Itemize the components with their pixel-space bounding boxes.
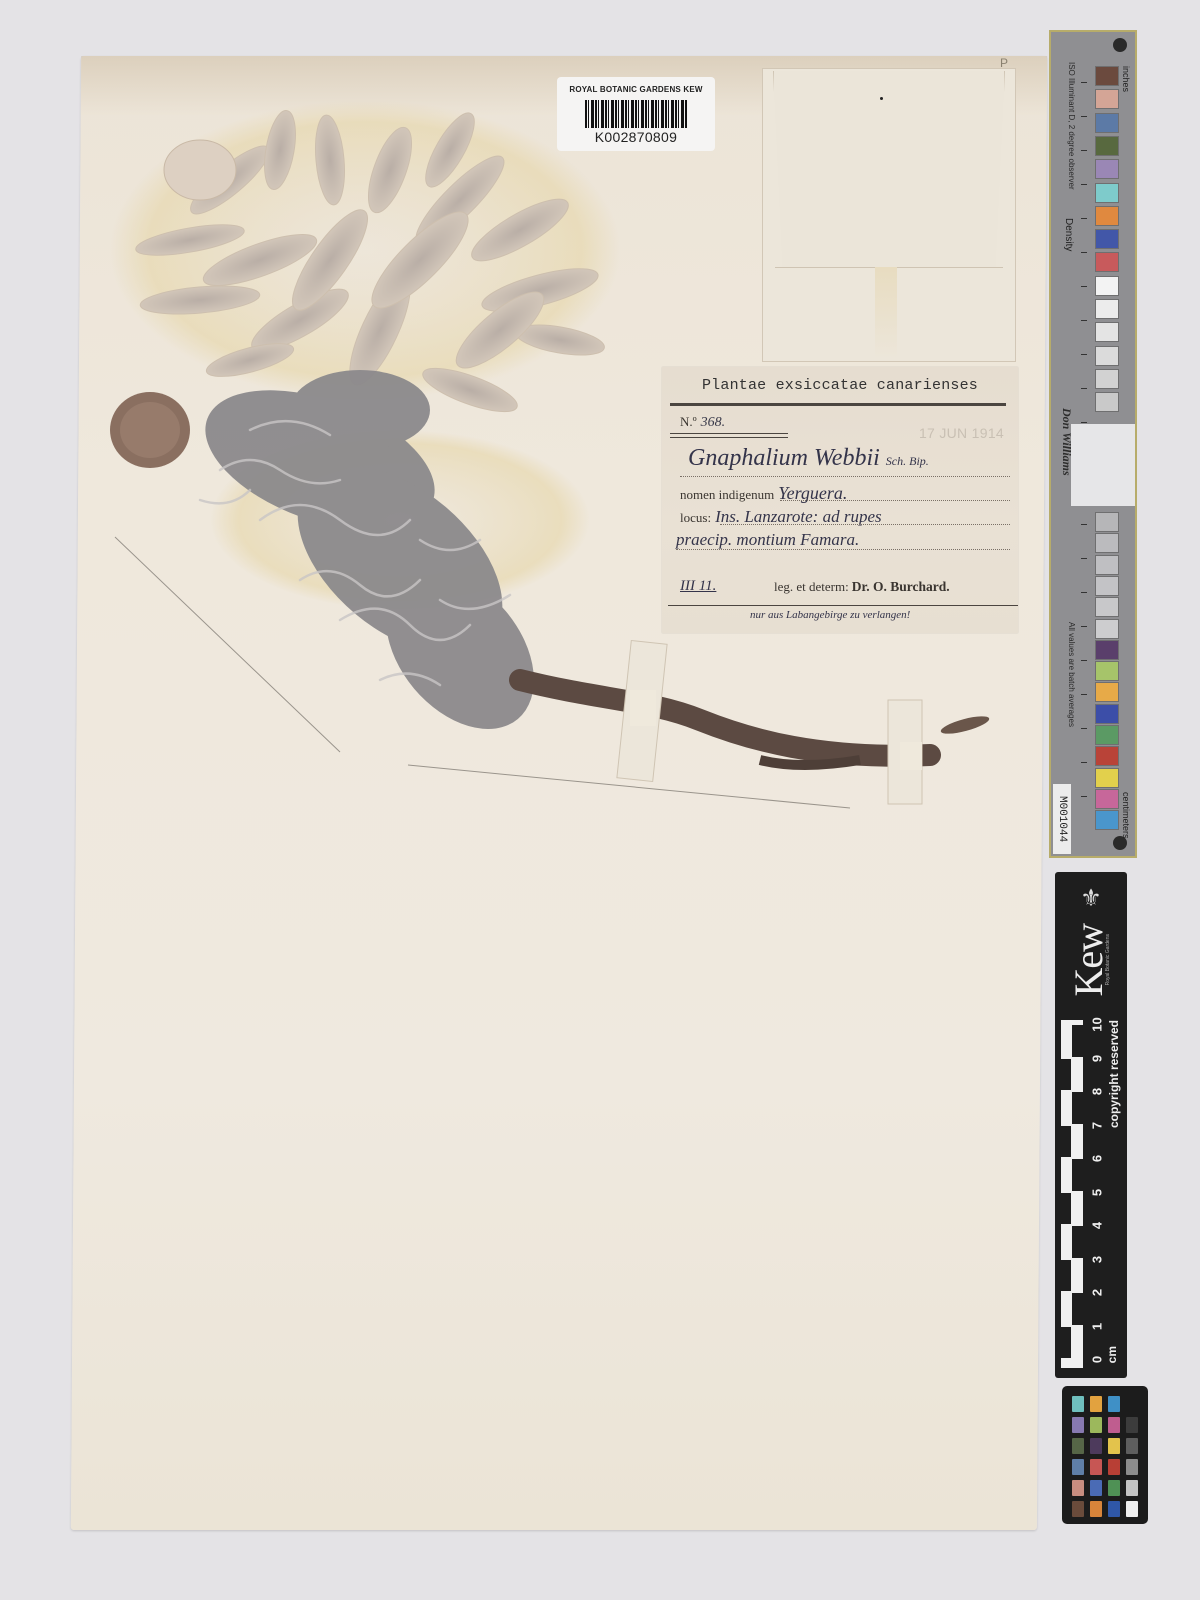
- colour-swatch: [1095, 252, 1119, 272]
- scale-number: 9: [1090, 1048, 1105, 1068]
- colour-swatch: [1095, 640, 1119, 660]
- barcode-id: K002870809: [595, 129, 677, 145]
- colour-swatch: [1095, 159, 1119, 179]
- scale-number: 1: [1090, 1316, 1105, 1336]
- taxon-name: Gnaphalium Webbii Sch. Bip.: [688, 445, 929, 472]
- checker-patch: [1108, 1396, 1120, 1412]
- colour-swatch: [1095, 392, 1119, 412]
- label-bottom-rule: [668, 605, 1018, 606]
- checker-patch: [1072, 1396, 1084, 1412]
- barcode-icon: [585, 100, 687, 128]
- kew-crest-icon: ⚜: [1075, 882, 1107, 916]
- annotation: nur aus Labangebirge zu verlangen!: [750, 609, 910, 621]
- colour-swatch: [1095, 369, 1119, 389]
- checker-patch: [1090, 1459, 1102, 1475]
- colour-swatch: [1095, 597, 1119, 617]
- copyright-text: copyright reserved: [1107, 1020, 1121, 1128]
- colour-swatch: [1095, 66, 1119, 86]
- scale-segment: [1061, 1327, 1071, 1358]
- checker-patch: [1126, 1459, 1138, 1475]
- received-stamp: 17 JUN 1914: [919, 425, 1004, 441]
- scale-number: 6: [1090, 1149, 1105, 1169]
- herbarium-label: Plantae exsiccatae canarienses N.º368. 1…: [662, 367, 1018, 633]
- centimeters-label: centimeters: [1121, 792, 1131, 839]
- barcode-institution: ROYAL BOTANIC GARDENS KEW: [569, 85, 702, 94]
- checker-patch: [1126, 1417, 1138, 1433]
- scale-segment: [1072, 1092, 1083, 1123]
- checker-patch: [1072, 1480, 1084, 1496]
- collector-label: leg. et determ:: [774, 579, 849, 594]
- checker-patch: [1090, 1438, 1102, 1454]
- taxon-binomial: Gnaphalium Webbii: [688, 445, 880, 471]
- collector-name: Dr. O. Burchard.: [852, 579, 950, 594]
- checker-patch: [1072, 1501, 1084, 1517]
- ruler-note-top: ISO Illuminant D, 2 degree observer: [1067, 62, 1076, 190]
- checker-patch: [1090, 1501, 1102, 1517]
- scale-number: 0: [1090, 1350, 1105, 1370]
- checker-patch: [1108, 1459, 1120, 1475]
- colour-swatch: [1095, 533, 1119, 553]
- ruler-id: M001044: [1053, 784, 1071, 854]
- checker-patch: [1108, 1417, 1120, 1433]
- checker-patch: [1108, 1480, 1120, 1496]
- scale-segment: [1072, 1226, 1083, 1257]
- colour-swatch: [1095, 276, 1119, 296]
- checker-patch: [1126, 1480, 1138, 1496]
- barcode-label: ROYAL BOTANIC GARDENS KEW K002870809: [557, 77, 715, 151]
- colour-swatch: [1095, 619, 1119, 639]
- dotted-rule: [676, 549, 1010, 550]
- scale-segment: [1061, 1059, 1071, 1090]
- number-value: 368.: [701, 415, 726, 430]
- collector-field: leg. et determ:Dr. O. Burchard.: [774, 579, 950, 595]
- colour-swatch: [1095, 113, 1119, 133]
- scale-number: 10: [1090, 1015, 1105, 1035]
- taxon-author: Sch. Bip.: [886, 454, 929, 468]
- dotted-rule: [780, 500, 1010, 501]
- checker-patch: [1126, 1501, 1138, 1517]
- colour-swatch: [1095, 136, 1119, 156]
- fragment-packet[interactable]: [762, 68, 1016, 362]
- number-rule-2: [670, 437, 788, 438]
- checker-patch: [1072, 1417, 1084, 1433]
- checker-patch: [1072, 1438, 1084, 1454]
- scale-segment: [1061, 1193, 1071, 1224]
- checker-patch: [1108, 1438, 1120, 1454]
- scale-number: 2: [1090, 1283, 1105, 1303]
- scale-segment: [1072, 1293, 1083, 1324]
- scale-number: 7: [1090, 1115, 1105, 1135]
- colour-swatch: [1095, 555, 1119, 575]
- colour-swatch: [1095, 229, 1119, 249]
- cm-label: cm: [1105, 1346, 1119, 1363]
- colour-swatch: [1095, 661, 1119, 681]
- density-label: Density: [1063, 218, 1074, 251]
- packet-flap: [773, 71, 1005, 268]
- scale-segment: [1061, 1260, 1071, 1291]
- checker-patch: [1090, 1480, 1102, 1496]
- scale-number: 4: [1090, 1216, 1105, 1236]
- corner-mark: P: [1000, 56, 1008, 70]
- colour-checker: [1062, 1386, 1148, 1524]
- locus-value-line2: praecip. montium Famara.: [676, 530, 859, 550]
- inches-label: inches: [1121, 66, 1131, 92]
- kew-scale-bar: ⚜ Kew Royal Botanic Gardens copyright re…: [1055, 872, 1127, 1378]
- checker-patch: [1090, 1396, 1102, 1412]
- packet-slot: [875, 267, 897, 359]
- label-title: Plantae exsiccatae canarienses: [662, 377, 1018, 394]
- label-rule: [670, 403, 1006, 406]
- colour-swatch: [1095, 682, 1119, 702]
- ruler-note-bottom: All values are batch averages: [1067, 622, 1076, 727]
- colour-swatch: [1095, 746, 1119, 766]
- colour-swatch: [1095, 576, 1119, 596]
- colour-swatch: [1095, 512, 1119, 532]
- dotted-rule: [720, 524, 1010, 525]
- scale-number: 8: [1090, 1082, 1105, 1102]
- number-label: N.º: [680, 414, 697, 429]
- kew-subtitle: Royal Botanic Gardens: [1105, 934, 1111, 985]
- scale-segment: [1072, 1159, 1083, 1190]
- scale-segment: [1072, 1025, 1083, 1056]
- colour-swatch: [1095, 89, 1119, 109]
- colour-swatch: [1095, 299, 1119, 319]
- colour-swatch: [1095, 768, 1119, 788]
- colour-swatch: [1095, 704, 1119, 724]
- colour-swatch: [1095, 725, 1119, 745]
- dot-mark: [880, 97, 883, 100]
- scale-segment: [1061, 1126, 1071, 1157]
- colour-swatch: [1095, 810, 1119, 830]
- colour-swatch: [1095, 322, 1119, 342]
- ruler-hole-icon: [1113, 38, 1127, 52]
- number-rule: [670, 433, 788, 434]
- colour-ruler: ISO Illuminant D, 2 degree observer Dens…: [1049, 30, 1137, 858]
- colour-swatch: [1095, 206, 1119, 226]
- label-number: N.º368.: [680, 414, 725, 431]
- checker-patch: [1090, 1417, 1102, 1433]
- scale-number: 5: [1090, 1182, 1105, 1202]
- resolution-target: [1071, 424, 1135, 506]
- checker-patch: [1126, 1438, 1138, 1454]
- nomen-label: nomen indigenum: [680, 487, 774, 502]
- checker-patch: [1108, 1501, 1120, 1517]
- collection-date: III 11.: [680, 578, 716, 595]
- checker-patch: [1072, 1459, 1084, 1475]
- cm-scale: [1061, 1020, 1083, 1368]
- colour-swatch: [1095, 346, 1119, 366]
- colour-swatch: [1095, 183, 1119, 203]
- colour-swatch: [1095, 789, 1119, 809]
- scale-number: 3: [1090, 1249, 1105, 1269]
- dotted-rule: [680, 476, 1010, 477]
- locus-label: locus:: [680, 510, 711, 525]
